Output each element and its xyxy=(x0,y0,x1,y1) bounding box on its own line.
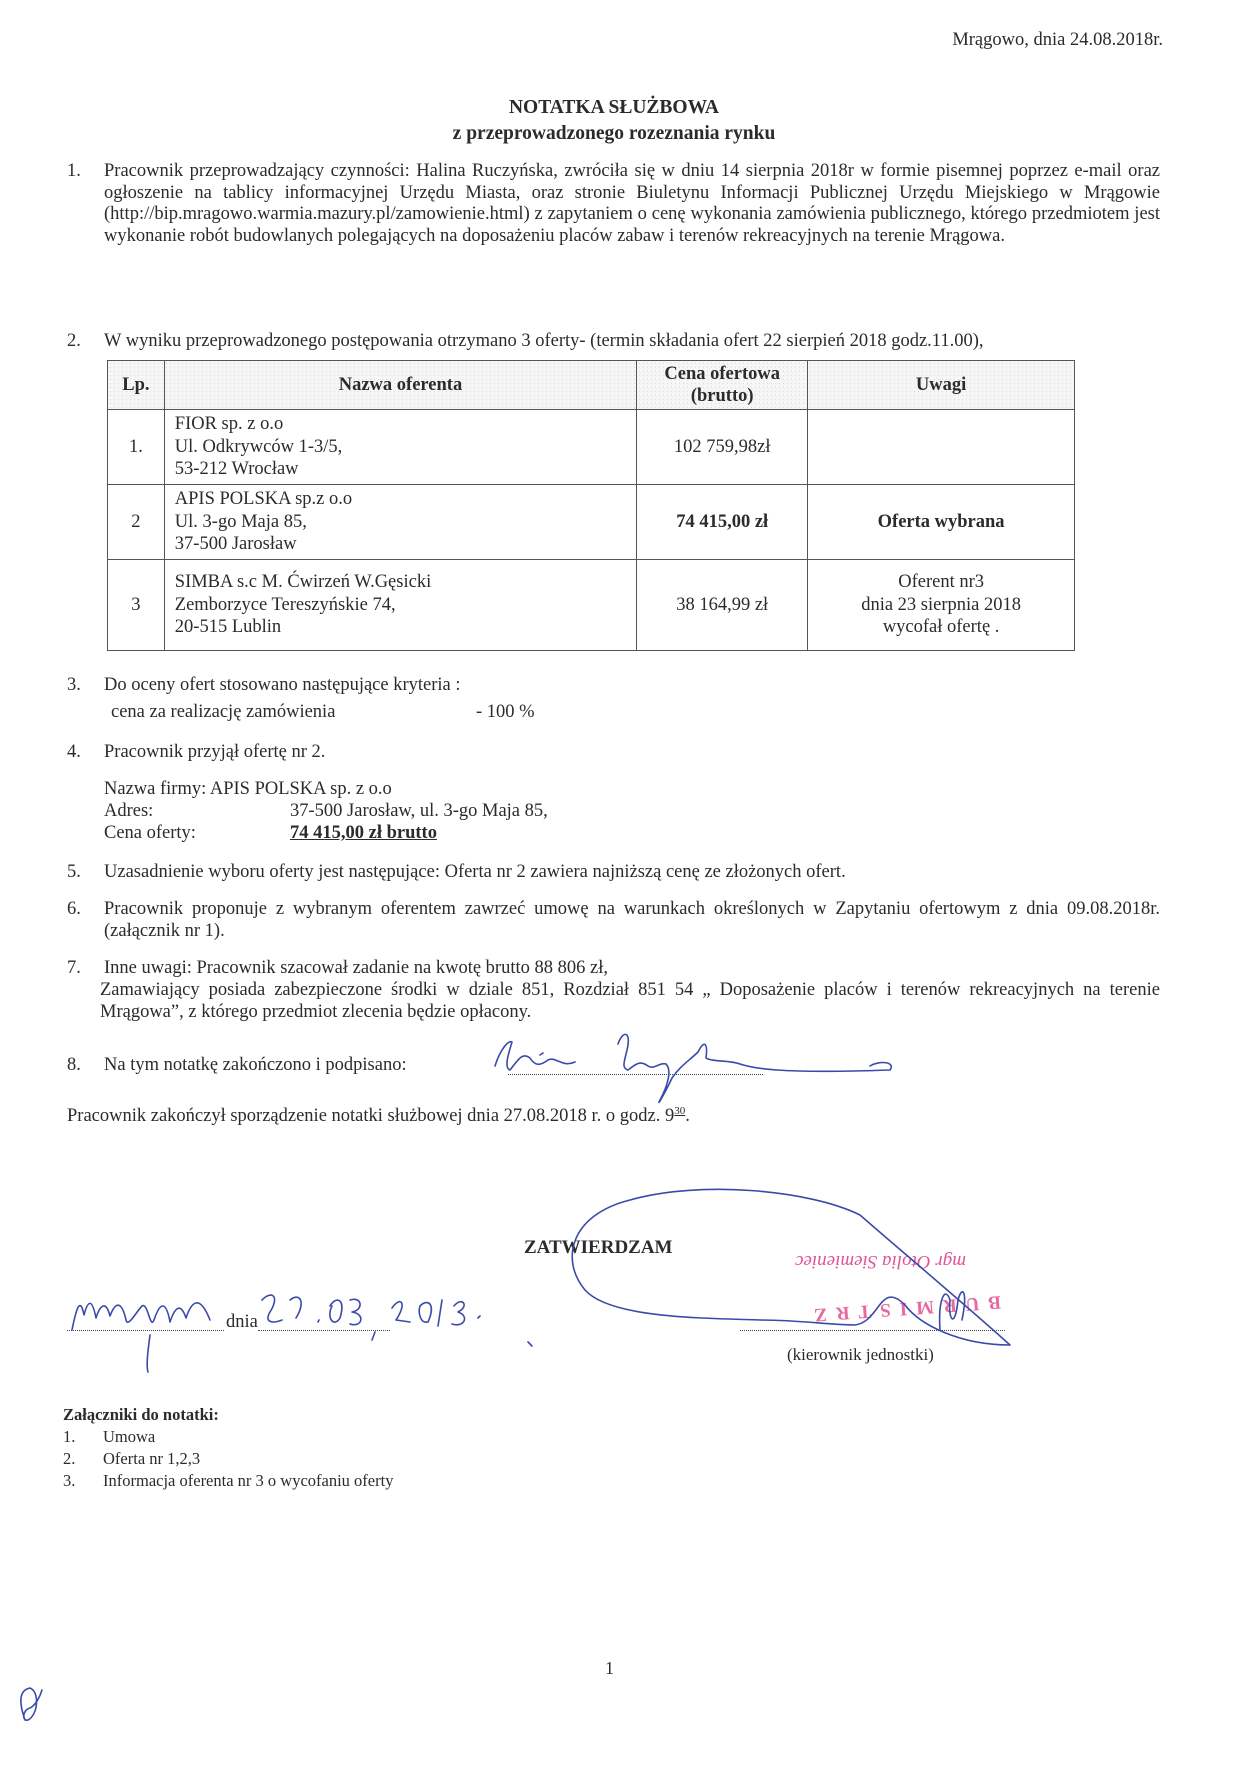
attachment-num: 1. xyxy=(63,1427,103,1447)
header-price-line1: Cena ofertowa xyxy=(647,363,797,386)
address-label: Adres: xyxy=(104,801,290,822)
row-price: 38 164,99 zł xyxy=(637,560,808,651)
offeror-street: Zemborzyce Tereszyńskie 74, xyxy=(175,594,626,617)
offeror-city: 37-500 Jarosław xyxy=(175,533,626,556)
attachment-item: 3.Informacja oferenta nr 3 o wycofaniu o… xyxy=(63,1471,393,1491)
row-offeror: APIS POLSKA sp.z o.o Ul. 3-go Maja 85, 3… xyxy=(164,485,636,560)
closing-statement: Pracownik zakończył sporządzenie notatki… xyxy=(67,1105,690,1127)
closing-minutes: 30 xyxy=(674,1105,685,1117)
attachments-title: Załączniki do notatki: xyxy=(63,1405,219,1425)
initials-icon xyxy=(21,1688,42,1720)
offers-table: Lp. Nazwa oferenta Cena ofertowa (brutto… xyxy=(107,360,1075,651)
item-7-number: 7. xyxy=(67,958,81,979)
offeror-street: Ul. Odkrywców 1-3/5, xyxy=(175,436,626,459)
criterion-name: cena za realizację zamówienia xyxy=(111,702,335,723)
selected-price-row: Cena oferty:74 415,00 zł brutto xyxy=(104,823,437,844)
remark-line: dnia 23 sierpnia 2018 xyxy=(818,594,1064,617)
selected-company-row: Nazwa firmy: APIS POLSKA sp. z o.o xyxy=(104,779,392,800)
row-price: 74 415,00 zł xyxy=(637,485,808,560)
item-4-number: 4. xyxy=(67,742,81,763)
place-line xyxy=(67,1330,224,1331)
document-subtitle: z przeprowadzonego rozeznania rynku xyxy=(0,123,1228,145)
header-remarks: Uwagi xyxy=(808,361,1075,410)
header-price: Cena ofertowa (brutto) xyxy=(637,361,808,410)
row-price: 102 759,98zł xyxy=(637,410,808,485)
item-2-text: W wyniku przeprowadzonego postępowania o… xyxy=(104,331,1204,353)
row-remarks: Oferent nr3 dnia 23 sierpnia 2018 wycofa… xyxy=(808,560,1075,651)
page-number: 1 xyxy=(605,1658,614,1679)
item-1-number: 1. xyxy=(67,161,81,182)
criterion-weight: - 100 % xyxy=(476,702,535,723)
item-6-number: 6. xyxy=(67,899,81,920)
table-row: 1. FIOR sp. z o.o Ul. Odkrywców 1-3/5, 5… xyxy=(108,410,1075,485)
header-price-line2: (brutto) xyxy=(647,385,797,408)
place-and-date: Mrągowo, dnia 24.08.2018r. xyxy=(952,30,1163,51)
row-offeror: FIOR sp. z o.o Ul. Odkrywców 1-3/5, 53-2… xyxy=(164,410,636,485)
row-lp: 2 xyxy=(108,485,165,560)
item-8-number: 8. xyxy=(67,1055,81,1076)
item-7-line2: Zamawiający posiada zabezpieczone środki… xyxy=(100,980,1160,1023)
offeror-street: Ul. 3-go Maja 85, xyxy=(175,511,626,534)
selected-address-row: Adres:37-500 Jarosław, ul. 3-go Maja 85, xyxy=(104,801,548,822)
attachment-text: Oferta nr 1,2,3 xyxy=(103,1449,200,1468)
table-header-row: Lp. Nazwa oferenta Cena ofertowa (brutto… xyxy=(108,361,1075,410)
table-row: 3 SIMBA s.c M. Ćwirzeń W.Gęsicki Zemborz… xyxy=(108,560,1075,651)
offeror-company: APIS POLSKA sp.z o.o xyxy=(175,488,626,511)
address-value: 37-500 Jarosław, ul. 3-go Maja 85, xyxy=(290,801,548,821)
price-value: 74 415,00 zł brutto xyxy=(290,823,437,843)
offeror-company: SIMBA s.c M. Ćwirzeń W.Gęsicki xyxy=(175,571,626,594)
row-remarks: Oferta wybrana xyxy=(808,485,1075,560)
attachment-num: 2. xyxy=(63,1449,103,1469)
price-label: Cena oferty: xyxy=(104,823,290,844)
item-7-line1: Inne uwagi: Pracownik szacował zadanie n… xyxy=(104,958,1160,980)
handwritten-date-icon xyxy=(262,1295,532,1346)
date-label: dnia xyxy=(226,1312,258,1333)
item-2-number: 2. xyxy=(67,331,81,352)
document-title: NOTATKA SŁUŻBOWA xyxy=(0,97,1228,119)
stamp-title: BURMISTRZ xyxy=(804,1290,1001,1326)
signature-line-employee xyxy=(508,1074,763,1075)
header-offeror-name: Nazwa oferenta xyxy=(164,361,636,410)
offeror-city: 53-212 Wrocław xyxy=(175,458,626,481)
company-label: Nazwa firmy: xyxy=(104,779,206,799)
company-value: APIS POLSKA sp. z o.o xyxy=(210,779,392,799)
signer-caption: (kierownik jednostki) xyxy=(787,1345,934,1365)
header-lp: Lp. xyxy=(108,361,165,410)
attachment-text: Informacja oferenta nr 3 o wycofaniu ofe… xyxy=(103,1471,393,1490)
table-row: 2 APIS POLSKA sp.z o.o Ul. 3-go Maja 85,… xyxy=(108,485,1075,560)
attachment-item: 2.Oferta nr 1,2,3 xyxy=(63,1449,200,1469)
handwritten-place-icon xyxy=(72,1303,210,1372)
date-line xyxy=(258,1330,390,1331)
closing-period: . xyxy=(685,1106,690,1126)
item-5-text: Uzasadnienie wyboru oferty jest następuj… xyxy=(104,862,1160,884)
offeror-company: FIOR sp. z o.o xyxy=(175,413,626,436)
row-offeror: SIMBA s.c M. Ćwirzeń W.Gęsicki Zemborzyc… xyxy=(164,560,636,651)
stamp-name: mgr Otolia Siemieniec xyxy=(795,1250,966,1272)
attachment-num: 3. xyxy=(63,1471,103,1491)
closing-text: Pracownik zakończył sporządzenie notatki… xyxy=(67,1106,674,1126)
offeror-city: 20-515 Lublin xyxy=(175,616,626,639)
row-remarks xyxy=(808,410,1075,485)
item-1-text: Pracownik przeprowadzający czynności: Ha… xyxy=(104,161,1160,247)
remark-line: wycofał ofertę . xyxy=(818,616,1064,639)
attachment-text: Umowa xyxy=(103,1427,155,1446)
signature-line-head xyxy=(740,1330,1005,1331)
item-6-text: Pracownik proponuje z wybranym oferentem… xyxy=(104,899,1160,942)
row-lp: 3 xyxy=(108,560,165,651)
attachment-item: 1.Umowa xyxy=(63,1427,155,1447)
row-lp: 1. xyxy=(108,410,165,485)
approval-heading: ZATWIERDZAM xyxy=(524,1237,673,1259)
remark-line: Oferent nr3 xyxy=(818,571,1064,594)
item-5-number: 5. xyxy=(67,862,81,883)
item-3-text: Do oceny ofert stosowano następujące kry… xyxy=(104,675,1160,697)
item-4-text: Pracownik przyjął ofertę nr 2. xyxy=(104,742,1160,764)
item-3-number: 3. xyxy=(67,675,81,696)
